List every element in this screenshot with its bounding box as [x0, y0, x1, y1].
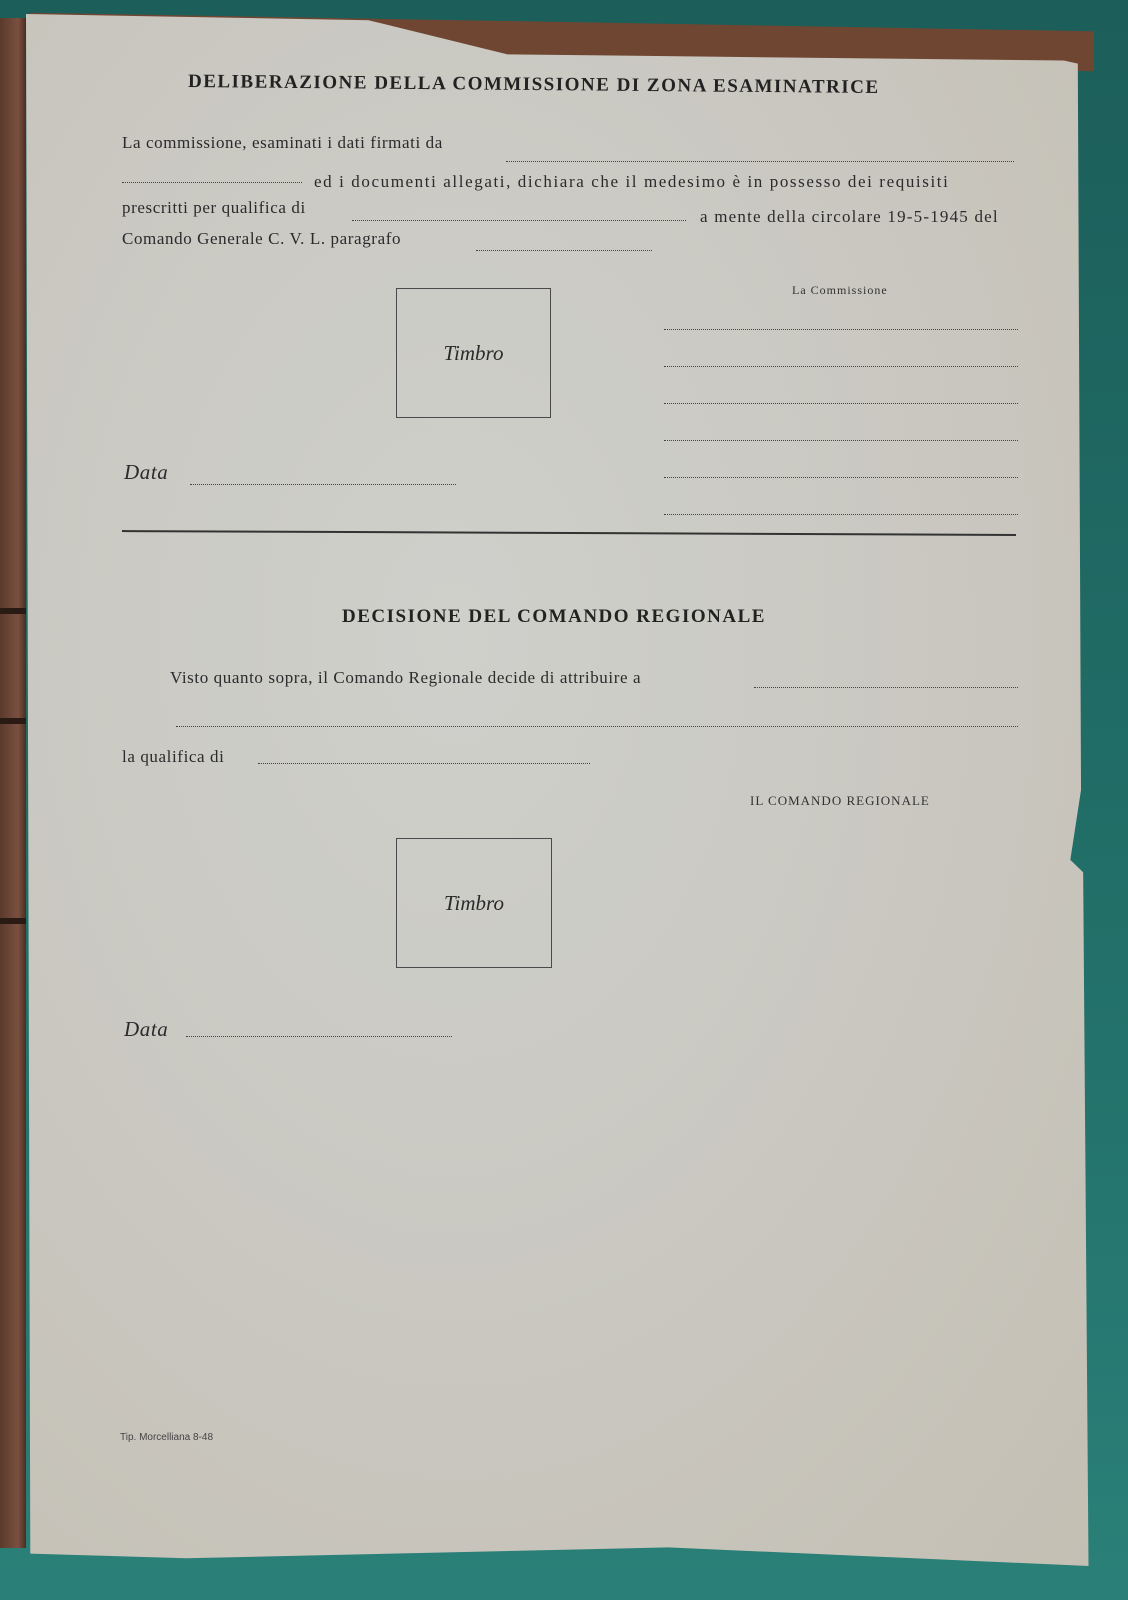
stamp-label: Timbro: [444, 341, 504, 366]
printer-imprint: Tip. Morcelliana 8-48: [120, 1432, 213, 1443]
section2-date-label: Data: [124, 1017, 168, 1042]
section1-date-field[interactable]: [190, 484, 456, 485]
field-signed-by-cont[interactable]: [122, 182, 302, 183]
section1-line4: Comando Generale C. V. L. paragrafo: [122, 229, 401, 249]
binder-edge: [0, 18, 26, 1548]
commission-signature-2[interactable]: [664, 366, 1018, 367]
commission-signature-6[interactable]: [664, 514, 1018, 515]
binder-gap: [0, 718, 26, 724]
section1-line2: ed i documenti allegati, dichiara che il…: [314, 172, 949, 192]
section2-line3: la qualifica di: [122, 747, 224, 767]
field-assign-to-cont[interactable]: [176, 726, 1018, 727]
stamp-box-1: Timbro: [396, 288, 551, 418]
commission-label: La Commissione: [792, 283, 888, 298]
section2-title: DECISIONE DEL COMANDO REGIONALE: [342, 606, 766, 628]
commission-signature-1[interactable]: [664, 329, 1018, 330]
section2-line1: Visto quanto sopra, il Comando Regionale…: [170, 668, 641, 688]
stamp-box-2: Timbro: [396, 838, 552, 968]
stamp-label: Timbro: [444, 891, 504, 916]
field-signed-by[interactable]: [506, 161, 1014, 162]
section1-date-label: Data: [124, 460, 168, 485]
commission-signature-3[interactable]: [664, 403, 1018, 404]
section1-line3a: prescritti per qualifica di: [122, 198, 306, 218]
section1-line3b: a mente della circolare 19-5-1945 del: [700, 207, 999, 227]
section2-date-field[interactable]: [186, 1036, 452, 1037]
binder-gap: [0, 608, 26, 614]
commission-signature-4[interactable]: [664, 440, 1018, 441]
binder-gap: [0, 918, 26, 924]
regional-command-label: IL COMANDO REGIONALE: [750, 793, 930, 809]
field-regional-qualification[interactable]: [258, 763, 590, 764]
field-assign-to[interactable]: [754, 687, 1018, 688]
section1-line1: La commissione, esaminati i dati firmati…: [122, 133, 443, 153]
field-paragraph[interactable]: [476, 250, 652, 251]
field-qualification[interactable]: [352, 220, 686, 221]
commission-signature-5[interactable]: [664, 477, 1018, 478]
